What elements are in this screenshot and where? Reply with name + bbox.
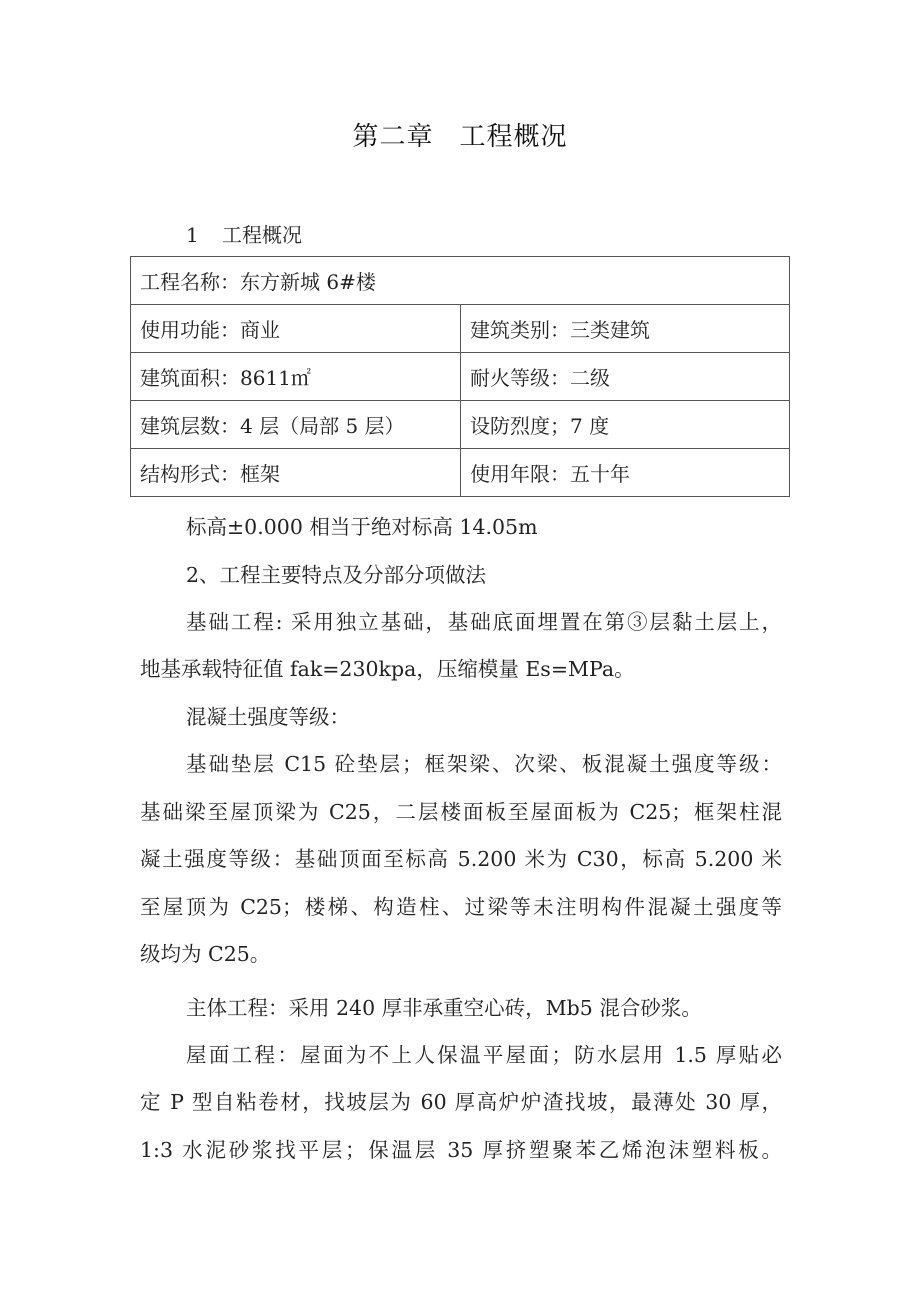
foundation-line-2: 地基承载特征值 fak=230kpa，压缩模量 Es=MPa。 <box>140 654 782 684</box>
floor-area-cell: 建筑面积：8611㎡ <box>131 353 461 401</box>
table-row: 结构形式：框架 使用年限：五十年 <box>131 449 790 497</box>
section-title: 工程概况 <box>222 223 302 247</box>
roof-line-2: 定 P 型自粘卷材，找坡层为 60 厚高炉炉渣找坡，最薄处 30 厚， <box>140 1087 782 1117</box>
usage-cell: 使用功能：商业 <box>131 305 461 353</box>
roof-line-3: 1:3 水泥砂浆找平层；保温层 35 厚挤塑聚苯乙烯泡沫塑料板。 <box>140 1135 782 1165</box>
fire-rating-cell: 耐火等级：二级 <box>461 353 790 401</box>
table-row: 建筑面积：8611㎡ 耐火等级：二级 <box>131 353 790 401</box>
building-category-cell: 建筑类别：三类建筑 <box>461 305 790 353</box>
floors-cell: 建筑层数：4 层（局部 5 层） <box>131 401 461 449</box>
project-info-table: 工程名称：东方新城 6#楼 使用功能：商业 建筑类别：三类建筑 建筑面积：861… <box>130 256 790 497</box>
section-2-heading: 2、工程主要特点及分部分项做法 <box>186 560 782 590</box>
structure-type-cell: 结构形式：框架 <box>131 449 461 497</box>
main-structure-line: 主体工程：采用 240 厚非承重空心砖，Mb5 混合砂浆。 <box>186 993 782 1023</box>
seismic-intensity-cell: 设防烈度；7 度 <box>461 401 790 449</box>
chapter-name: 工程概况 <box>460 122 568 152</box>
section-number: 1 <box>186 223 222 247</box>
chapter-number: 第二章 <box>352 122 433 152</box>
table-row: 工程名称：东方新城 6#楼 <box>131 257 790 305</box>
table-row: 使用功能：商业 建筑类别：三类建筑 <box>131 305 790 353</box>
concrete-line-1: 基础垫层 C15 砼垫层；框架梁、次梁、板混凝土强度等级： <box>186 749 782 779</box>
section-heading: 1工程概况 <box>186 219 302 248</box>
table-row: 建筑层数：4 层（局部 5 层） 设防烈度；7 度 <box>131 401 790 449</box>
service-life-cell: 使用年限：五十年 <box>461 449 790 497</box>
concrete-line-3: 凝土强度等级：基础顶面至标高 5.200 米为 C30，标高 5.200 米 <box>140 844 782 874</box>
roof-line-1: 屋面工程：屋面为不上人保温平屋面；防水层用 1.5 厚贴必 <box>186 1040 782 1070</box>
concrete-line-2: 基础梁至屋顶梁为 C25，二层楼面板至屋面板为 C25；框架柱混 <box>140 797 782 827</box>
project-name-cell: 工程名称：东方新城 6#楼 <box>131 257 790 305</box>
concrete-line-4: 至屋顶为 C25；楼梯、构造柱、过梁等未注明构件混凝土强度等 <box>140 892 782 922</box>
concrete-line-5: 级均为 C25。 <box>140 939 782 969</box>
elevation-line: 标高±0.000 相当于绝对标高 14.05m <box>186 512 782 542</box>
concrete-grade-heading: 混凝土强度等级： <box>186 702 782 732</box>
foundation-line-1: 基础工程: 采用独立基础，基础底面埋置在第③层黏土层上， <box>186 607 782 637</box>
chapter-title: 第二章工程概况 <box>0 116 920 153</box>
